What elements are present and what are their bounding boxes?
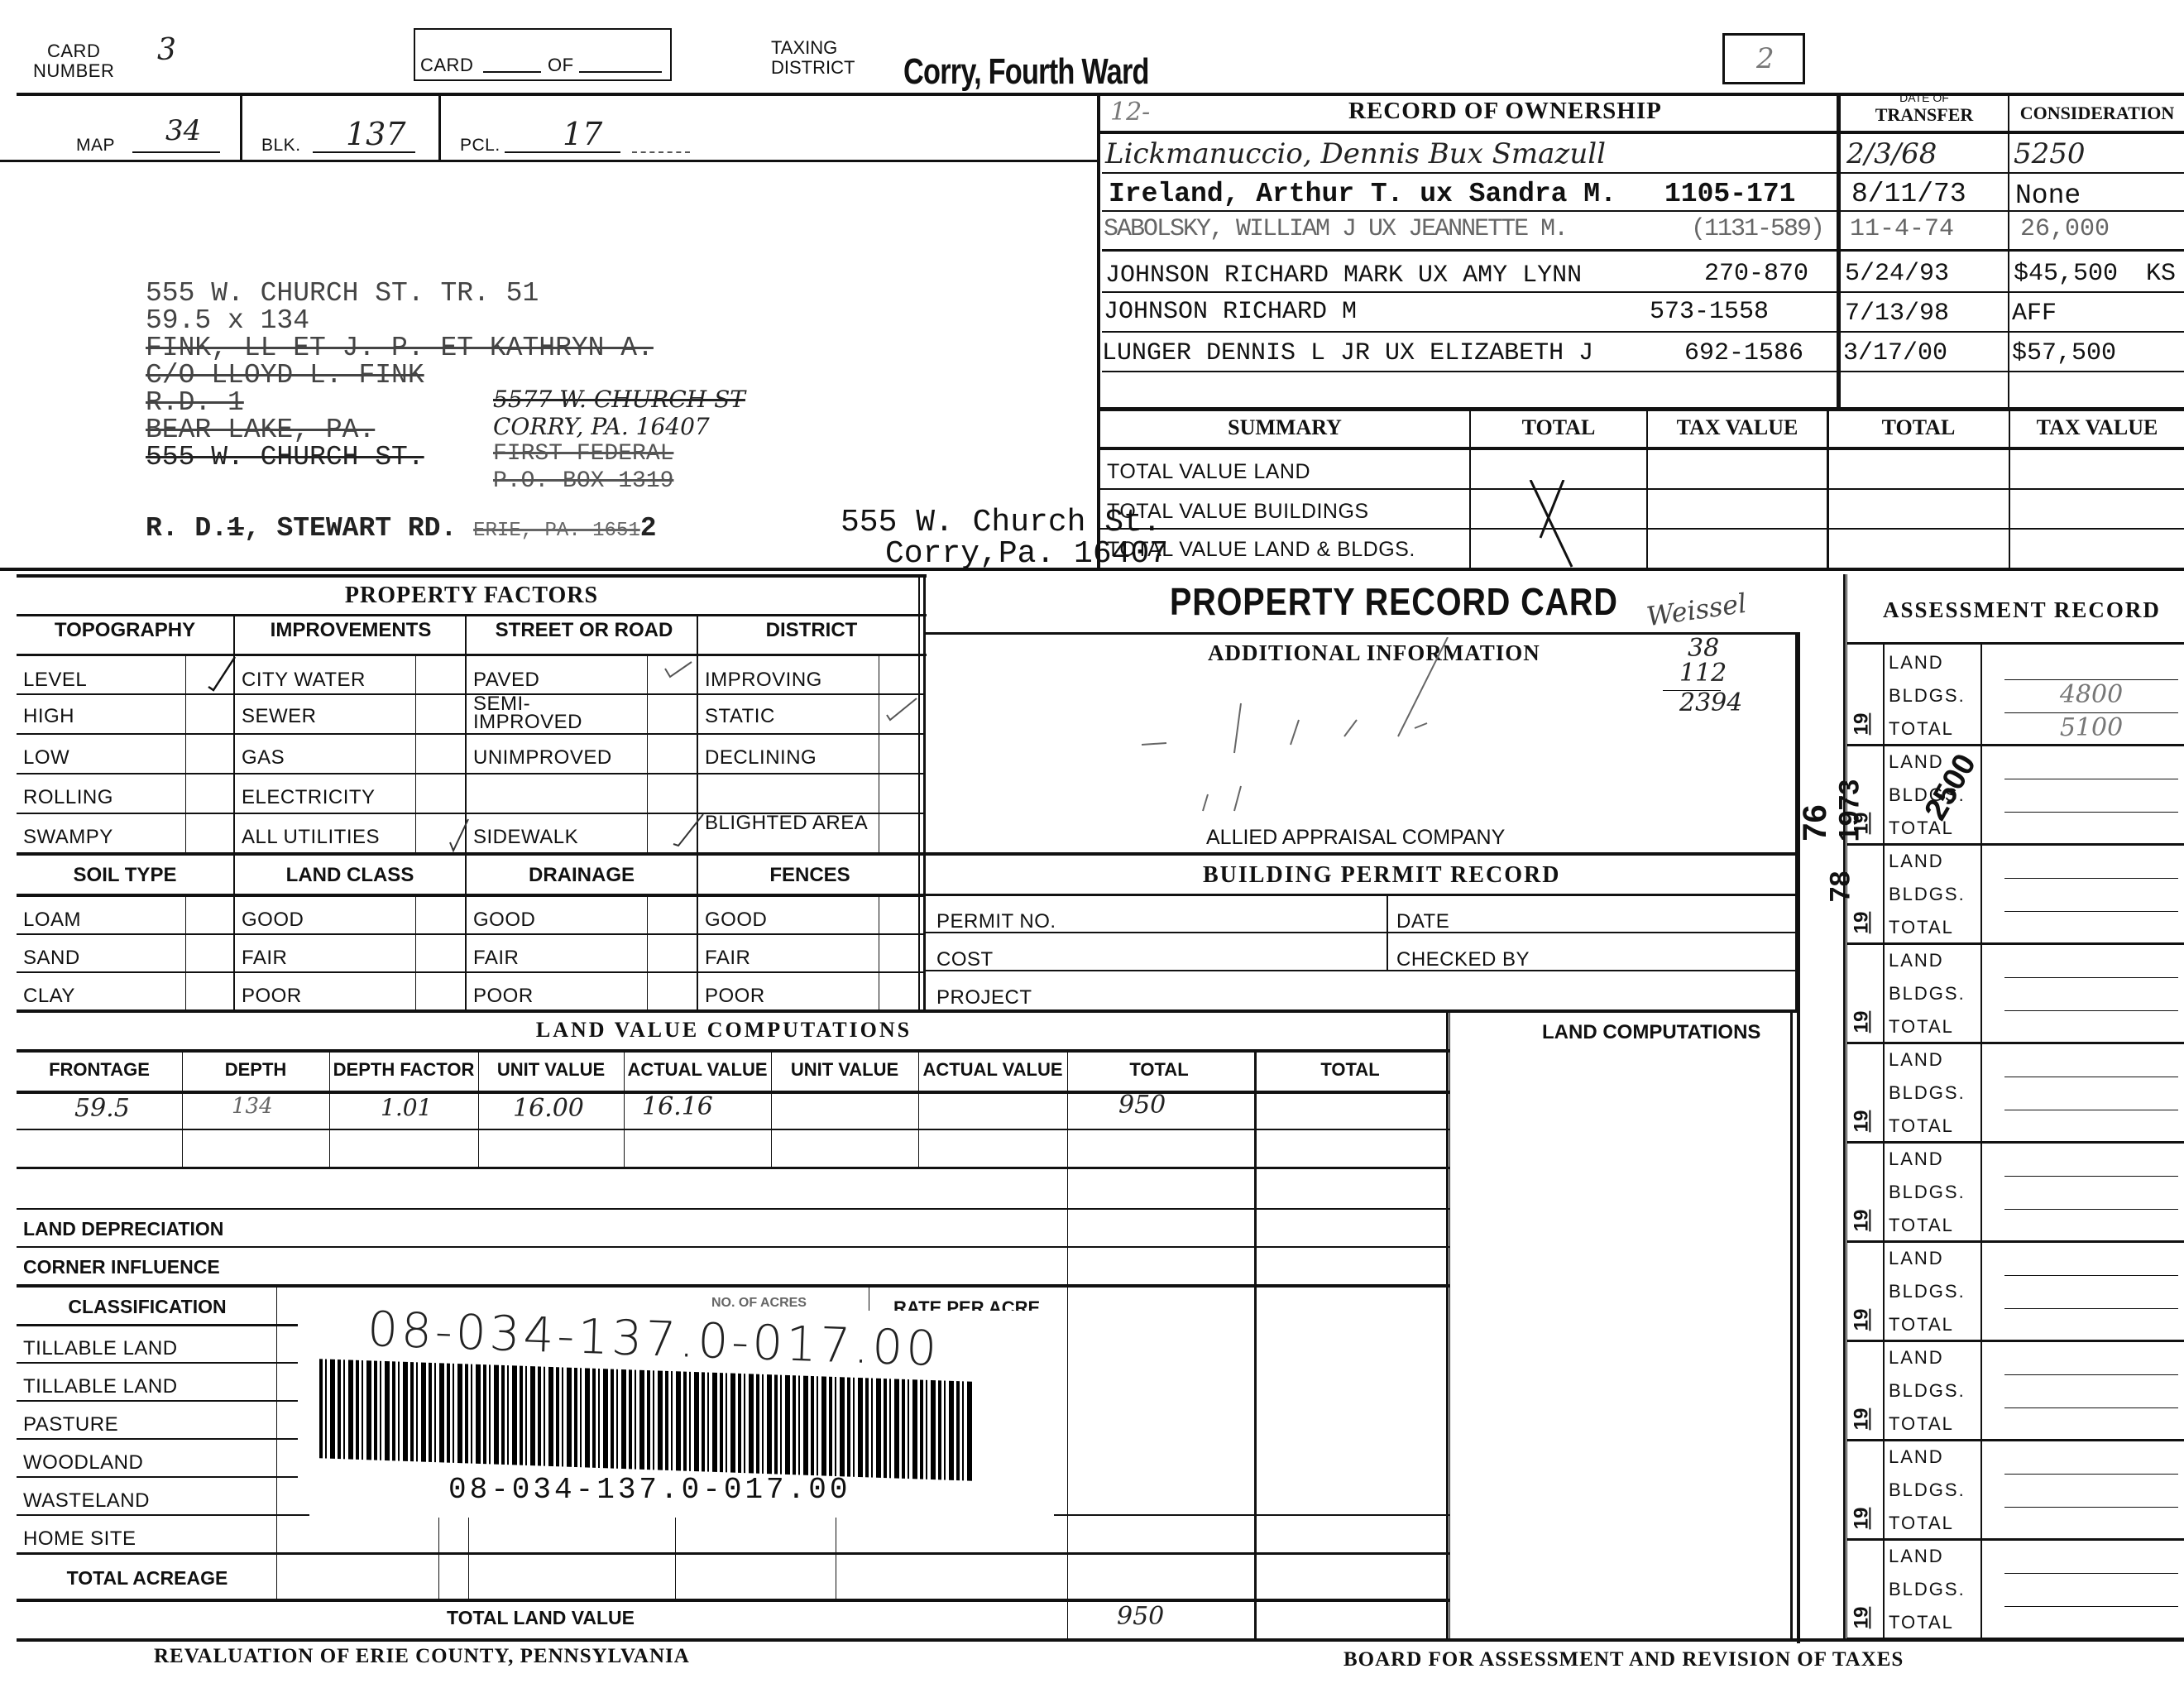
- assessment-label-land: LAND: [1889, 1546, 1944, 1567]
- assessment-year-prefix[interactable]: 19: [1850, 1408, 1873, 1431]
- assessment-label-total: TOTAL: [1889, 1314, 1954, 1336]
- pf-col-soil-type: SOIL TYPE: [17, 864, 233, 887]
- fences-poor: POOR: [705, 985, 765, 1008]
- assessment-value-land[interactable]: [2004, 945, 2178, 978]
- pf-col-topography: TOPOGRAPHY: [17, 619, 233, 642]
- assessment-year-block: 19LANDBLDGS.4800TOTAL5100: [1847, 647, 2184, 746]
- current-mailing-line: R. D.1, STEWART RD. ERIE, PA. 16512: [146, 513, 657, 544]
- assessment-label-total: TOTAL: [1889, 1215, 1954, 1236]
- lv-col-unit-value: UNIT VALUE: [478, 1059, 624, 1081]
- ownership-row: Ireland, Arthur T. ux Sandra M. 1105-171…: [1102, 174, 2184, 212]
- permit-checked-by-label[interactable]: CHECKED BY: [1396, 948, 1530, 971]
- assessment-label-total: TOTAL: [1889, 718, 1954, 740]
- address-right-line: FIRST FEDERAL: [493, 440, 745, 468]
- summary-total-header-2: TOTAL: [1828, 415, 2009, 440]
- assessment-year-block: 19LANDBLDGS.TOTAL: [1847, 1541, 2184, 1640]
- permit-no-label[interactable]: PERMIT NO.: [936, 910, 1056, 933]
- total-acreage-label: TOTAL ACREAGE: [23, 1567, 271, 1590]
- assessment-value-total[interactable]: [2004, 1408, 2178, 1441]
- assessment-value-total[interactable]: [2004, 1011, 2178, 1044]
- lv-col-depth-factor: DEPTH FACTOR: [329, 1059, 478, 1081]
- card-number-label-line1: CARD: [33, 41, 114, 61]
- lv-frontage-value[interactable]: 59.5: [74, 1094, 130, 1123]
- assessment-label-land: LAND: [1889, 950, 1944, 971]
- assessment-value-land[interactable]: [2004, 1441, 2178, 1475]
- property-record-card-title: PROPERTY RECORD CARD: [1170, 579, 1618, 624]
- assessment-year-prefix[interactable]: 19: [1850, 1309, 1873, 1331]
- lv-actual-value-value[interactable]: 16.16: [642, 1092, 713, 1121]
- pf-col-drainage: DRAINAGE: [467, 864, 697, 887]
- permit-date-label[interactable]: DATE: [1396, 910, 1449, 933]
- pf-sidewalk: SIDEWALK: [473, 826, 578, 849]
- footer-left: REVALUATION OF ERIE COUNTY, PENNSYLVANIA: [154, 1645, 690, 1668]
- assessment-stamp-76: 76: [1797, 804, 1834, 842]
- land-depreciation-label: LAND DEPRECIATION: [23, 1218, 223, 1240]
- assessment-stamp-1973: 1973: [1833, 779, 1865, 842]
- assessment-value-land[interactable]: [2004, 1541, 2178, 1574]
- assessment-label-bldgs: BLDGS.: [1889, 983, 1966, 1005]
- card-number-label-line2: NUMBER: [33, 61, 114, 81]
- check-icon-static[interactable]: [885, 695, 918, 728]
- assessment-label-land: LAND: [1889, 851, 1944, 872]
- assessment-label-bldgs: BLDGS.: [1889, 1380, 1966, 1402]
- class-woodland: WOODLAND: [23, 1451, 143, 1475]
- assessment-value-total[interactable]: [2004, 813, 2178, 846]
- assessment-value-total[interactable]: [2004, 1607, 2178, 1640]
- pf-semi-improved: SEMI-IMPROVED: [473, 695, 639, 731]
- pf-city-water: CITY WATER: [242, 669, 366, 692]
- assessment-label-total: TOTAL: [1889, 1612, 1954, 1633]
- land-class-poor: POOR: [242, 985, 302, 1008]
- card-of-box: CARD OF: [414, 28, 672, 81]
- transfer-date: 11-4-74: [1850, 215, 1954, 243]
- barcode-text: 08-034-137.0-017.00: [448, 1473, 850, 1507]
- soil-loam: LOAM: [23, 909, 81, 932]
- assessment-year-block: 19LANDBLDGS.TOTAL: [1847, 1044, 2184, 1144]
- pf-sewer: SEWER: [242, 705, 317, 728]
- assessment-label-land: LAND: [1889, 1347, 1944, 1369]
- taxing-district-label-line1: TAXING: [771, 38, 855, 58]
- lv-total-value[interactable]: 950: [1118, 1091, 1166, 1120]
- address-line: 59.5 x 134: [146, 307, 654, 334]
- assessment-value-bldgs[interactable]: [2004, 1276, 2178, 1309]
- lv-col-actual-value-2: ACTUAL VALUE: [918, 1059, 1067, 1081]
- district-code-box: 2: [1722, 33, 1805, 84]
- summary-cross-mark: [1522, 480, 1588, 571]
- drainage-poor: POOR: [473, 985, 534, 1008]
- card-of-blank-2[interactable]: [579, 71, 662, 73]
- parcel-label-sticker: 08-034-137.0-017.00 08-034-137.0-017.00: [309, 1311, 1054, 1518]
- taxing-district-label-line2: DISTRICT: [771, 58, 855, 78]
- lv-col-frontage: FRONTAGE: [17, 1059, 182, 1081]
- owner-name: JOHNSON RICHARD M: [1104, 298, 1357, 326]
- assessment-label-land: LAND: [1889, 1248, 1944, 1269]
- card-number-value: 3: [157, 33, 176, 67]
- assessment-value-bldgs[interactable]: [2004, 1375, 2178, 1408]
- assessment-year-block: 19LANDBLDGS.TOTAL: [1847, 1144, 2184, 1243]
- mailing-struck-2: ERIE, PA. 1651: [473, 520, 640, 542]
- land-computations-title: LAND COMPUTATIONS: [1542, 1021, 1760, 1044]
- assessment-value-bldgs[interactable]: [2004, 1077, 2178, 1110]
- check-icon-paved[interactable]: [662, 659, 695, 683]
- lv-col-depth: DEPTH: [182, 1059, 329, 1081]
- fences-good: GOOD: [705, 909, 767, 932]
- soil-sand: SAND: [23, 947, 80, 970]
- date-of-transfer-header: DATE OF TRANSFER: [1842, 91, 2007, 126]
- assessment-value-total[interactable]: [2004, 1508, 2178, 1541]
- assessment-value-land[interactable]: [2004, 1243, 2178, 1276]
- pf-col-land-class: LAND CLASS: [235, 864, 465, 887]
- check-icon-sidewalk[interactable]: [672, 811, 705, 852]
- assessment-value-land[interactable]: [2004, 1044, 2178, 1077]
- class-pasture: PASTURE: [23, 1413, 118, 1436]
- owner-name: JOHNSON RICHARD MARK UX AMY LYNN: [1105, 261, 1582, 290]
- pf-unimproved: UNIMPROVED: [473, 746, 612, 770]
- barcode: [319, 1359, 973, 1481]
- summary-tax-value-header-2: TAX VALUE: [2010, 415, 2184, 440]
- assessment-value-bldgs[interactable]: [2004, 1177, 2178, 1210]
- assessment-value-bldgs[interactable]: [2004, 978, 2178, 1011]
- pf-swampy: SWAMPY: [23, 826, 113, 849]
- assessment-value-bldgs[interactable]: [2004, 779, 2178, 813]
- assessment-year-prefix[interactable]: 19: [1850, 1011, 1873, 1033]
- address-line: 555 W. CHURCH ST. TR. 51: [146, 280, 654, 307]
- address-right-line: P.O. BOX 1319: [493, 468, 745, 495]
- assessment-label-total: TOTAL: [1889, 1413, 1954, 1435]
- consideration: None: [2015, 180, 2081, 211]
- total-land-value-amount: 950: [1117, 1602, 1164, 1631]
- ownership-row: JOHNSON RICHARD M 573-1558 7/13/98 AFF: [1102, 293, 2184, 333]
- owner-name: Lickmanuccio, Dennis Bux Smazull: [1105, 137, 1606, 170]
- assessment-label-land: LAND: [1889, 1446, 1944, 1468]
- deed-book: (1131-589): [1691, 215, 1823, 243]
- date-of-small: DATE OF: [1842, 91, 2007, 104]
- soil-clay: CLAY: [23, 985, 75, 1008]
- assessment-value-bldgs[interactable]: [2004, 1475, 2178, 1508]
- assessment-year-prefix[interactable]: 19: [1850, 713, 1873, 736]
- lv-col-total-2: TOTAL: [1254, 1059, 1446, 1081]
- mailing-prefix: R. D.: [146, 513, 227, 544]
- class-home-site: HOME SITE: [23, 1527, 136, 1551]
- building-permit-title: BUILDING PERMIT RECORD: [1203, 862, 1560, 889]
- summary-header: SUMMARY: [1100, 415, 1469, 440]
- assessment-value-total[interactable]: [2004, 1110, 2178, 1144]
- assessment-value-land[interactable]: [2004, 1342, 2178, 1375]
- ownership-row-empty[interactable]: [1102, 372, 2184, 407]
- class-wasteland: WASTELAND: [23, 1489, 150, 1513]
- assessment-year-prefix[interactable]: 19: [1850, 1508, 1873, 1530]
- pf-improving: IMPROVING: [705, 669, 822, 692]
- deed-book: 692-1586: [1684, 339, 1803, 367]
- ownership-margin-note: 12-: [1110, 98, 1150, 127]
- assessment-label-bldgs: BLDGS.: [1889, 1479, 1966, 1501]
- consideration: $57,500: [2012, 339, 2116, 367]
- card-of-blank-1[interactable]: [483, 71, 541, 73]
- pcl-value: 17: [563, 116, 602, 152]
- district-code-value: 2: [1756, 42, 1774, 75]
- transfer-date: 5/24/93: [1845, 260, 1949, 288]
- lv-depth-value[interactable]: 134: [232, 1094, 273, 1119]
- address-right-line: CORRY, PA. 16407: [493, 413, 745, 440]
- pf-electricity: ELECTRICITY: [242, 786, 376, 809]
- assessment-year-block: 19LANDBLDGS.TOTAL: [1847, 1441, 2184, 1541]
- check-icon-level[interactable]: [205, 654, 238, 695]
- transfer-date: 2/3/68: [1846, 137, 1937, 170]
- pf-blighted-area: BLIGHTED AREA: [705, 814, 870, 832]
- assessment-record-title: ASSESSMENT RECORD: [1883, 597, 2161, 623]
- address-block-right: 5577 W. CHURCH ST CORRY, PA. 16407 FIRST…: [493, 386, 745, 495]
- pf-high: HIGH: [23, 705, 74, 728]
- assessment-label-land: LAND: [1889, 1149, 1944, 1170]
- corner-influence-label: CORNER INFLUENCE: [23, 1256, 220, 1278]
- consideration: 26,000: [2020, 215, 2110, 243]
- assessment-value-land[interactable]: [2004, 746, 2178, 779]
- assessment-label-land: LAND: [1889, 652, 1944, 674]
- assessment-value-total[interactable]: 5100: [2004, 713, 2178, 746]
- assessment-year-block: 19LANDBLDGS.TOTAL: [1847, 746, 2184, 846]
- land-value-title: LAND VALUE COMPUTATIONS: [17, 1018, 1431, 1043]
- map-field[interactable]: [132, 151, 220, 153]
- assessment-label-total: TOTAL: [1889, 1513, 1954, 1534]
- assessment-value-bldgs[interactable]: [2004, 879, 2178, 912]
- summary-row-land-bldgs: TOTAL VALUE LAND & BLDGS.: [1107, 538, 1415, 562]
- consideration: $45,500: [2014, 260, 2118, 288]
- pf-declining: DECLINING: [705, 746, 817, 770]
- assessment-label-bldgs: BLDGS.: [1889, 685, 1966, 707]
- lv-unit-value-value[interactable]: 16.00: [513, 1094, 584, 1123]
- check-icon-all-utilities[interactable]: [447, 814, 472, 856]
- assessment-value-total[interactable]: [2004, 1309, 2178, 1342]
- ownership-row: JOHNSON RICHARD MARK UX AMY LYNN 270-870…: [1102, 252, 2184, 293]
- assessment-label-total: TOTAL: [1889, 1016, 1954, 1038]
- summary-row-buildings: TOTAL VALUE BUILDINGS: [1107, 500, 1369, 524]
- mailing-mid: , STEWART RD.: [244, 513, 457, 544]
- lv-col-total: TOTAL: [1067, 1059, 1251, 1081]
- assessment-label-total: TOTAL: [1889, 1115, 1954, 1137]
- ownership-title: RECORD OF OWNERSHIP: [1348, 98, 1662, 125]
- mailing-suffix: 2: [640, 513, 657, 544]
- assessment-stamp-78: 78: [1824, 871, 1856, 903]
- assessment-label-land: LAND: [1889, 751, 1944, 773]
- pf-col-district: DISTRICT: [700, 619, 923, 642]
- property-factors-title: PROPERTY FACTORS: [17, 583, 927, 609]
- additional-info-scribble: [1142, 637, 1770, 852]
- mailing-struck-1: 1: [227, 513, 244, 544]
- ownership-row: LUNGER DENNIS L JR UX ELIZABETH J 692-15…: [1102, 333, 2184, 372]
- pcl-label: PCL.: [460, 136, 500, 156]
- ownership-row: Lickmanuccio, Dennis Bux Smazull 2/3/68 …: [1102, 136, 2184, 174]
- map-label: MAP: [76, 136, 115, 156]
- owner-name: SABOLSKY, WILLIAM J UX JEANNETTE M.: [1104, 215, 1567, 243]
- lv-depth-factor-value[interactable]: 1.01: [381, 1094, 432, 1121]
- transfer-date: 3/17/00: [1843, 339, 1947, 367]
- map-value: 34: [165, 114, 201, 147]
- lv-col-actual-value: ACTUAL VALUE: [624, 1059, 771, 1081]
- land-class-fair: FAIR: [242, 947, 287, 970]
- drainage-fair: FAIR: [473, 947, 519, 970]
- summary-total-header: TOTAL: [1471, 415, 1646, 440]
- consideration: 5250: [2014, 137, 2086, 170]
- consideration-note: KS: [2146, 260, 2176, 288]
- pf-all-utilities: ALL UTILITIES: [242, 826, 380, 849]
- assessment-year-block: 19LANDBLDGS.TOTAL: [1847, 1243, 2184, 1342]
- pf-gas: GAS: [242, 746, 285, 770]
- land-class-good: GOOD: [242, 909, 304, 932]
- pf-paved: PAVED: [473, 669, 539, 692]
- transfer-date: 7/13/98: [1845, 300, 1949, 328]
- blk-value: 137: [346, 116, 406, 152]
- assessment-value-total[interactable]: [2004, 1210, 2178, 1243]
- permit-project-label[interactable]: PROJECT: [936, 986, 1032, 1009]
- address-line: FINK, LL ET J. P. ET KATHRYN A.: [146, 334, 654, 362]
- footer-right: BOARD FOR ASSESSMENT AND REVISION OF TAX…: [1343, 1648, 1904, 1671]
- consideration: AFF: [2012, 300, 2057, 328]
- pf-col-fences: FENCES: [698, 864, 922, 887]
- classification-header: CLASSIFICATION: [23, 1296, 271, 1318]
- assessment-label-bldgs: BLDGS.: [1889, 1281, 1966, 1302]
- class-tillable-1: TILLABLE LAND: [23, 1337, 178, 1360]
- address-right-line: 5577 W. CHURCH ST: [493, 386, 745, 413]
- pf-low: LOW: [23, 746, 69, 770]
- class-tillable-2: TILLABLE LAND: [23, 1375, 178, 1398]
- consideration-header: CONSIDERATION: [2010, 103, 2184, 124]
- assessment-label-land: LAND: [1889, 1049, 1944, 1071]
- blk-label: BLK.: [261, 136, 301, 156]
- card-of-label: CARD: [420, 55, 473, 76]
- permit-cost-label[interactable]: COST: [936, 948, 994, 971]
- appraisal-company: ALLIED APPRAISAL COMPANY: [1206, 826, 1505, 850]
- ownership-row: SABOLSKY, WILLIAM J UX JEANNETTE M. (113…: [1102, 212, 2184, 252]
- transfer-date: 8/11/73: [1851, 179, 1966, 209]
- fences-fair: FAIR: [705, 947, 750, 970]
- drainage-good: GOOD: [473, 909, 535, 932]
- pf-col-improvements: IMPROVEMENTS: [235, 619, 467, 642]
- total-land-value-label: TOTAL LAND VALUE: [447, 1607, 635, 1629]
- deed-book: 573-1558: [1650, 298, 1769, 326]
- assessment-year-block: 19LANDBLDGS.TOTAL: [1847, 846, 2184, 945]
- summary-tax-value-header: TAX VALUE: [1648, 415, 1827, 440]
- owner-name: Ireland, Arthur T. ux Sandra M.: [1109, 179, 1616, 209]
- deed-book: 270-870: [1704, 260, 1808, 288]
- assessment-year-prefix[interactable]: 19: [1850, 1210, 1873, 1232]
- card-number-label: CARD NUMBER: [33, 41, 114, 81]
- assessment-label-bldgs: BLDGS.: [1889, 1182, 1966, 1203]
- pf-col-street: STREET OR ROAD: [468, 619, 700, 642]
- assessment-value-land[interactable]: [2004, 1144, 2178, 1177]
- pf-rolling: ROLLING: [23, 786, 113, 809]
- owner-name: LUNGER DENNIS L JR UX ELIZABETH J: [1102, 339, 1593, 367]
- assessment-value-bldgs[interactable]: [2004, 1574, 2178, 1607]
- assessment-label-bldgs: BLDGS.: [1889, 1082, 1966, 1104]
- pcl-suffix-field[interactable]: [632, 151, 690, 153]
- pf-static: STATIC: [705, 705, 775, 728]
- taxing-district-value: Corry, Fourth Ward: [903, 51, 1149, 93]
- assessment-value-bldgs[interactable]: 4800: [2004, 680, 2178, 713]
- deed-book: 1105-171: [1664, 179, 1795, 209]
- taxing-district-label: TAXING DISTRICT: [771, 38, 855, 78]
- assessment-year-prefix[interactable]: 19: [1850, 1110, 1873, 1133]
- assessment-year-block: 19LANDBLDGS.TOTAL: [1847, 1342, 2184, 1441]
- lv-col-unit-value-2: UNIT VALUE: [771, 1059, 918, 1081]
- assessment-label-bldgs: BLDGS.: [1889, 1579, 1966, 1600]
- assessment-year-prefix[interactable]: 19: [1850, 1607, 1873, 1629]
- summary-row-land: TOTAL VALUE LAND: [1107, 460, 1310, 484]
- assessment-year-block: 19LANDBLDGS.TOTAL: [1847, 945, 2184, 1044]
- assessment-year-prefix[interactable]: 19: [1850, 912, 1873, 934]
- land-value-headers: FRONTAGE DEPTH DEPTH FACTOR UNIT VALUE A…: [17, 1053, 1446, 1092]
- classification-acres-header: NO. OF ACRES: [711, 1296, 807, 1311]
- assessment-label-bldgs: BLDGS.: [1889, 884, 1966, 905]
- record-card-signature: Weissel: [1645, 587, 1749, 633]
- pf-level: LEVEL: [23, 669, 87, 692]
- assessment-value-total[interactable]: [2004, 912, 2178, 945]
- assessment-label-total: TOTAL: [1889, 917, 1954, 938]
- assessment-value-land[interactable]: [2004, 647, 2178, 680]
- assessment-value-land[interactable]: [2004, 846, 2178, 879]
- transfer-label: TRANSFER: [1842, 104, 2007, 126]
- card-of-of: OF: [548, 55, 574, 76]
